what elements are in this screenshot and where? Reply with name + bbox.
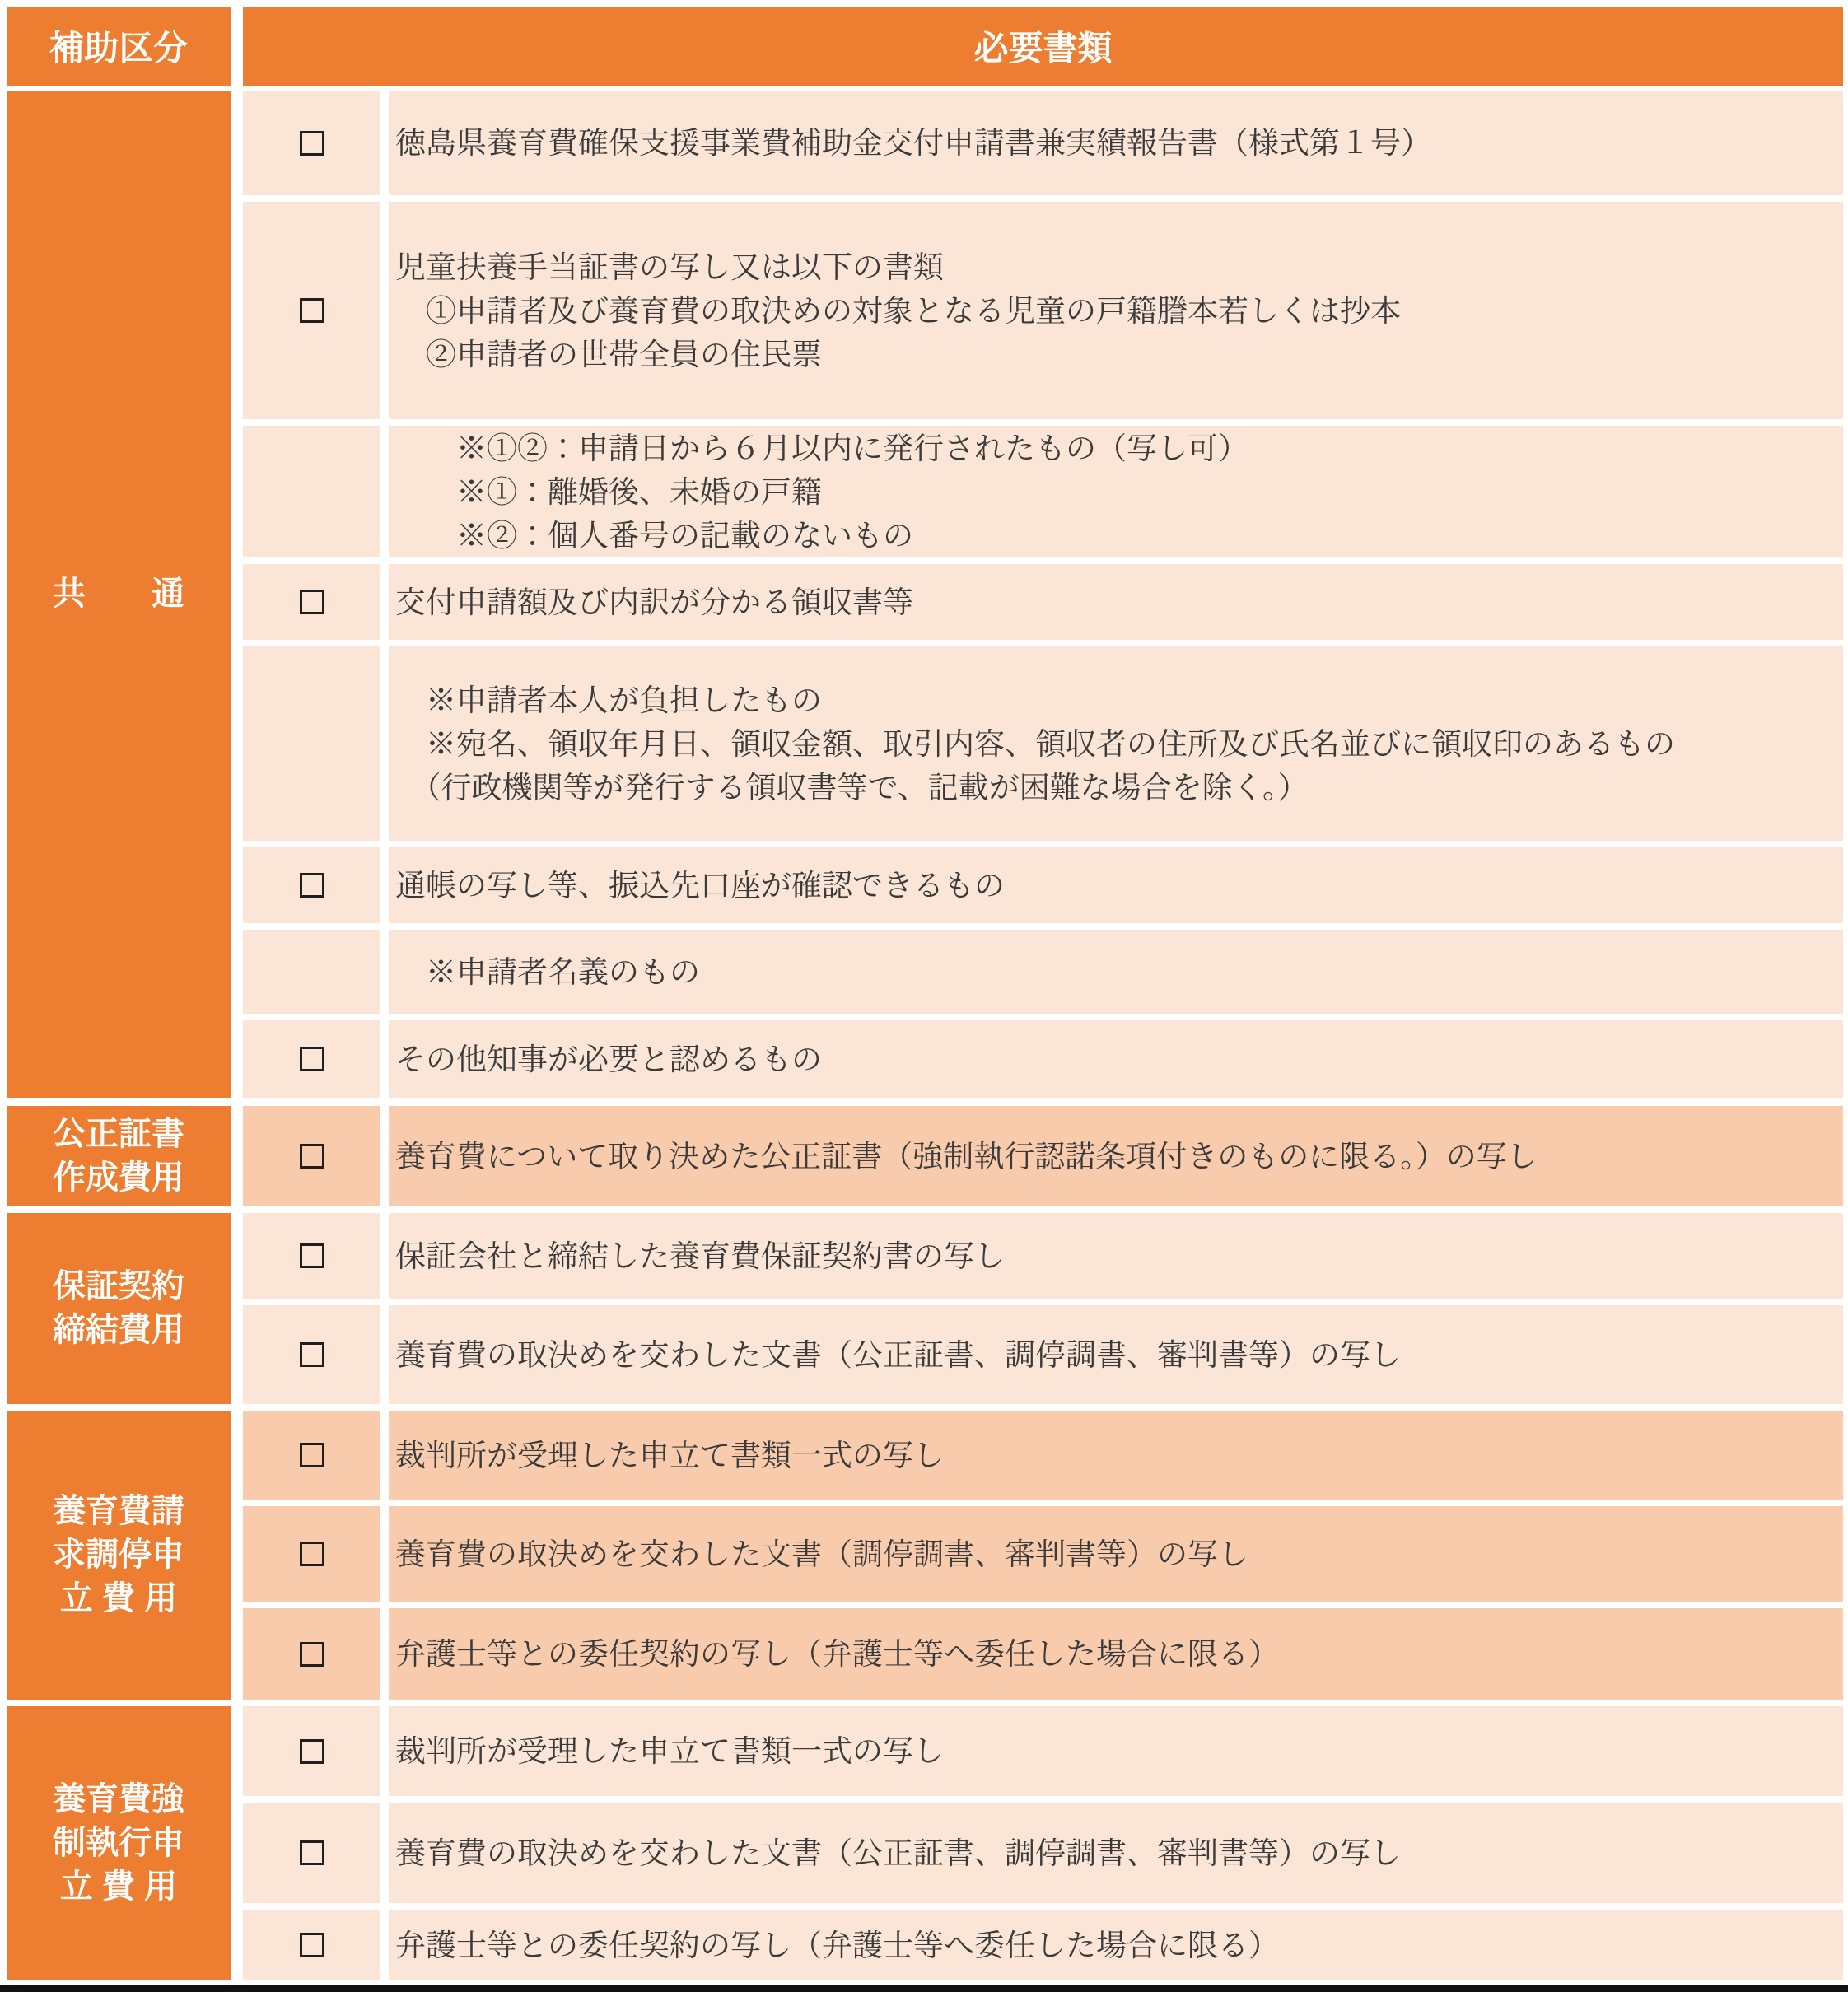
checkbox-cell: [243, 564, 380, 640]
checkbox-cell-empty: [243, 930, 380, 1014]
section-common: 共 通 徳島県養育費確保支援事業費補助金交付申請書兼実績報告書（様式第１号） 児…: [7, 91, 1843, 1098]
category-label: 公正証書: [53, 1113, 184, 1156]
doc-line: 児童扶養手当証書の写し又は以下の書類: [395, 245, 1823, 289]
doc-line: 徳島県養育費確保支援事業費補助金交付申請書兼実績報告書（様式第１号）: [395, 121, 1823, 165]
doc-line: 通帳の写し等、振込先口座が確認できるもの: [395, 864, 1823, 907]
checkbox[interactable]: [300, 1840, 324, 1865]
checkbox-cell: [243, 847, 380, 923]
doc-row: 裁判所が受理した申立て書類一式の写し: [243, 1706, 1843, 1796]
note-line: ※①②：申請日から６月以内に発行されたもの（写し可）: [395, 427, 1823, 470]
checkbox[interactable]: [300, 1243, 324, 1268]
note-row: ※①②：申請日から６月以内に発行されたもの（写し可） ※①：離婚後、未婚の戸籍 …: [243, 426, 1843, 557]
doc-text-cell: 養育費の取決めを交わした文書（調停調書、審判書等）の写し: [389, 1506, 1843, 1602]
checkbox-cell: [243, 91, 380, 195]
checkbox[interactable]: [300, 1443, 324, 1467]
doc-text-cell: 徳島県養育費確保支援事業費補助金交付申請書兼実績報告書（様式第１号）: [389, 91, 1843, 195]
doc-line: 養育費の取決めを交わした文書（公正証書、調停調書、審判書等）の写し: [395, 1831, 1823, 1875]
doc-line: その他知事が必要と認めるもの: [395, 1038, 1823, 1081]
doc-row: 保証会社と締結した養育費保証契約書の写し: [243, 1213, 1843, 1299]
doc-text-cell: 弁護士等との委任契約の写し（弁護士等へ委任した場合に限る）: [389, 1608, 1843, 1700]
checkbox-cell: [243, 1213, 380, 1299]
header-cell-documents: 必要書類: [243, 7, 1843, 86]
section-mediation-petition: 養育費請 求調停申 立 費 用 裁判所が受理した申立て書類一式の写し 養育費の取…: [7, 1411, 1843, 1700]
section-guarantee-contract: 保証契約 締結費用 保証会社と締結した養育費保証契約書の写し 養育費の取決めを交…: [7, 1213, 1843, 1404]
doc-line: 保証会社と締結した養育費保証契約書の写し: [395, 1234, 1823, 1278]
category-label: 保証契約: [53, 1265, 184, 1309]
doc-line: 弁護士等との委任契約の写し（弁護士等へ委任した場合に限る）: [395, 1924, 1823, 1967]
checkbox[interactable]: [300, 590, 324, 614]
checkbox-cell: [243, 1706, 380, 1796]
category-cell-enforcement-petition: 養育費強 制執行申 立 費 用: [7, 1706, 231, 1980]
category-label: 締結費用: [53, 1309, 184, 1352]
checkbox[interactable]: [300, 1933, 324, 1957]
category-label: 制執行申: [53, 1822, 184, 1865]
checkbox[interactable]: [300, 1642, 324, 1667]
doc-text-cell: 保証会社と締結した養育費保証契約書の写し: [389, 1213, 1843, 1299]
doc-text-cell: 裁判所が受理した申立て書類一式の写し: [389, 1411, 1843, 1500]
category-cell-guarantee-contract: 保証契約 締結費用: [7, 1213, 231, 1404]
category-label: 求調停申: [53, 1533, 184, 1577]
checkbox-cell: [243, 202, 380, 419]
checkbox-cell: [243, 1411, 380, 1500]
checkbox[interactable]: [300, 298, 324, 323]
checkbox[interactable]: [300, 131, 324, 156]
doc-row: 養育費の取決めを交わした文書（調停調書、審判書等）の写し: [243, 1506, 1843, 1602]
checkbox[interactable]: [300, 1144, 324, 1169]
note-text-cell: ※①②：申請日から６月以内に発行されたもの（写し可） ※①：離婚後、未婚の戸籍 …: [389, 426, 1843, 557]
doc-text-cell: 裁判所が受理した申立て書類一式の写し: [389, 1706, 1843, 1796]
doc-line: ②申請者の世帯全員の住民票: [395, 333, 1823, 376]
checkbox-cell-empty: [243, 426, 380, 557]
checkbox-cell: [243, 1910, 380, 1980]
doc-row: 交付申請額及び内訳が分かる領収書等: [243, 564, 1843, 640]
table-header-row: 補助区分 必要書類: [7, 7, 1843, 86]
doc-row: 徳島県養育費確保支援事業費補助金交付申請書兼実績報告書（様式第１号）: [243, 91, 1843, 195]
required-documents-table: 補助区分 必要書類 共 通 徳島県養育費確保支援事業費補助金交付申請書兼実績報告…: [0, 0, 1848, 1992]
checkbox[interactable]: [300, 1047, 324, 1071]
checkbox[interactable]: [300, 1342, 324, 1367]
doc-line: 弁護士等との委任契約の写し（弁護士等へ委任した場合に限る）: [395, 1632, 1823, 1676]
category-label: 養育費請: [53, 1490, 184, 1533]
doc-line: 養育費の取決めを交わした文書（調停調書、審判書等）の写し: [395, 1532, 1823, 1576]
category-label: 共 通: [53, 572, 184, 616]
note-row: ※申請者名義のもの: [243, 930, 1843, 1014]
doc-line: 交付申請額及び内訳が分かる領収書等: [395, 581, 1823, 624]
doc-text-cell: 児童扶養手当証書の写し又は以下の書類 ①申請者及び養育費の取決めの対象となる児童…: [389, 202, 1843, 419]
note-line: （行政機関等が発行する領収書等で、記載が困難な場合を除く。）: [395, 766, 1823, 809]
doc-row: 児童扶養手当証書の写し又は以下の書類 ①申請者及び養育費の取決めの対象となる児童…: [243, 202, 1843, 419]
checkbox-cell: [243, 1305, 380, 1404]
doc-line: 裁判所が受理した申立て書類一式の写し: [395, 1434, 1823, 1477]
checkbox[interactable]: [300, 873, 324, 898]
section-enforcement-petition: 養育費強 制執行申 立 費 用 裁判所が受理した申立て書類一式の写し 養育費の取…: [7, 1706, 1843, 1980]
doc-text-cell: 養育費の取決めを交わした文書（公正証書、調停調書、審判書等）の写し: [389, 1305, 1843, 1404]
category-label: 作成費用: [53, 1156, 184, 1200]
checkbox-cell: [243, 1803, 380, 1903]
doc-line: 養育費について取り決めた公正証書（強制執行認諾条項付きのものに限る。）の写し: [395, 1135, 1823, 1178]
doc-text-cell: 弁護士等との委任契約の写し（弁護士等へ委任した場合に限る）: [389, 1910, 1843, 1980]
doc-line: 裁判所が受理した申立て書類一式の写し: [395, 1729, 1823, 1773]
note-line: ※申請者名義のもの: [395, 950, 1823, 994]
doc-row: 通帳の写し等、振込先口座が確認できるもの: [243, 847, 1843, 923]
note-text-cell: ※申請者本人が負担したもの ※宛名、領収年月日、領収金額、取引内容、領収者の住所…: [389, 646, 1843, 841]
doc-row: 養育費の取決めを交わした文書（公正証書、調停調書、審判書等）の写し: [243, 1803, 1843, 1903]
category-cell-common: 共 通: [7, 91, 231, 1098]
header-cell-category: 補助区分: [7, 7, 231, 86]
checkbox[interactable]: [300, 1739, 324, 1764]
category-label: 立 費 用: [60, 1577, 177, 1621]
checkbox-cell: [243, 1608, 380, 1700]
doc-text-cell: 養育費について取り決めた公正証書（強制執行認諾条項付きのものに限る。）の写し: [389, 1106, 1843, 1206]
doc-row: 弁護士等との委任契約の写し（弁護士等へ委任した場合に限る）: [243, 1910, 1843, 1980]
note-text-cell: ※申請者名義のもの: [389, 930, 1843, 1014]
note-row: ※申請者本人が負担したもの ※宛名、領収年月日、領収金額、取引内容、領収者の住所…: [243, 646, 1843, 841]
doc-row: 弁護士等との委任契約の写し（弁護士等へ委任した場合に限る）: [243, 1608, 1843, 1700]
doc-text-cell: その他知事が必要と認めるもの: [389, 1020, 1843, 1098]
category-label: 立 費 用: [60, 1865, 177, 1909]
category-cell-notarial-deed: 公正証書 作成費用: [7, 1106, 231, 1206]
doc-text-cell: 交付申請額及び内訳が分かる領収書等: [389, 564, 1843, 640]
doc-line: ①申請者及び養育費の取決めの対象となる児童の戸籍謄本若しくは抄本: [395, 289, 1823, 333]
note-line: ※申請者本人が負担したもの: [395, 679, 1823, 722]
doc-row: 裁判所が受理した申立て書類一式の写し: [243, 1411, 1843, 1500]
note-line: ※①：離婚後、未婚の戸籍: [395, 470, 1823, 514]
category-label: 養育費強: [53, 1778, 184, 1822]
note-line: ※宛名、領収年月日、領収金額、取引内容、領収者の住所及び氏名並びに領収印のあるも…: [395, 722, 1823, 766]
doc-row: 養育費の取決めを交わした文書（公正証書、調停調書、審判書等）の写し: [243, 1305, 1843, 1404]
checkbox-cell-empty: [243, 646, 380, 841]
doc-row: 養育費について取り決めた公正証書（強制執行認諾条項付きのものに限る。）の写し: [243, 1106, 1843, 1206]
section-notarial-deed: 公正証書 作成費用 養育費について取り決めた公正証書（強制執行認諾条項付きのもの…: [7, 1106, 1843, 1206]
category-cell-mediation-petition: 養育費請 求調停申 立 費 用: [7, 1411, 231, 1700]
doc-text-cell: 養育費の取決めを交わした文書（公正証書、調停調書、審判書等）の写し: [389, 1803, 1843, 1903]
note-line: ※②：個人番号の記載のないもの: [395, 514, 1823, 557]
checkbox[interactable]: [300, 1542, 324, 1566]
checkbox-cell: [243, 1506, 380, 1602]
checkbox-cell: [243, 1106, 380, 1206]
checkbox-cell: [243, 1020, 380, 1098]
doc-row: その他知事が必要と認めるもの: [243, 1020, 1843, 1098]
doc-text-cell: 通帳の写し等、振込先口座が確認できるもの: [389, 847, 1843, 923]
doc-line: 養育費の取決めを交わした文書（公正証書、調停調書、審判書等）の写し: [395, 1333, 1823, 1377]
